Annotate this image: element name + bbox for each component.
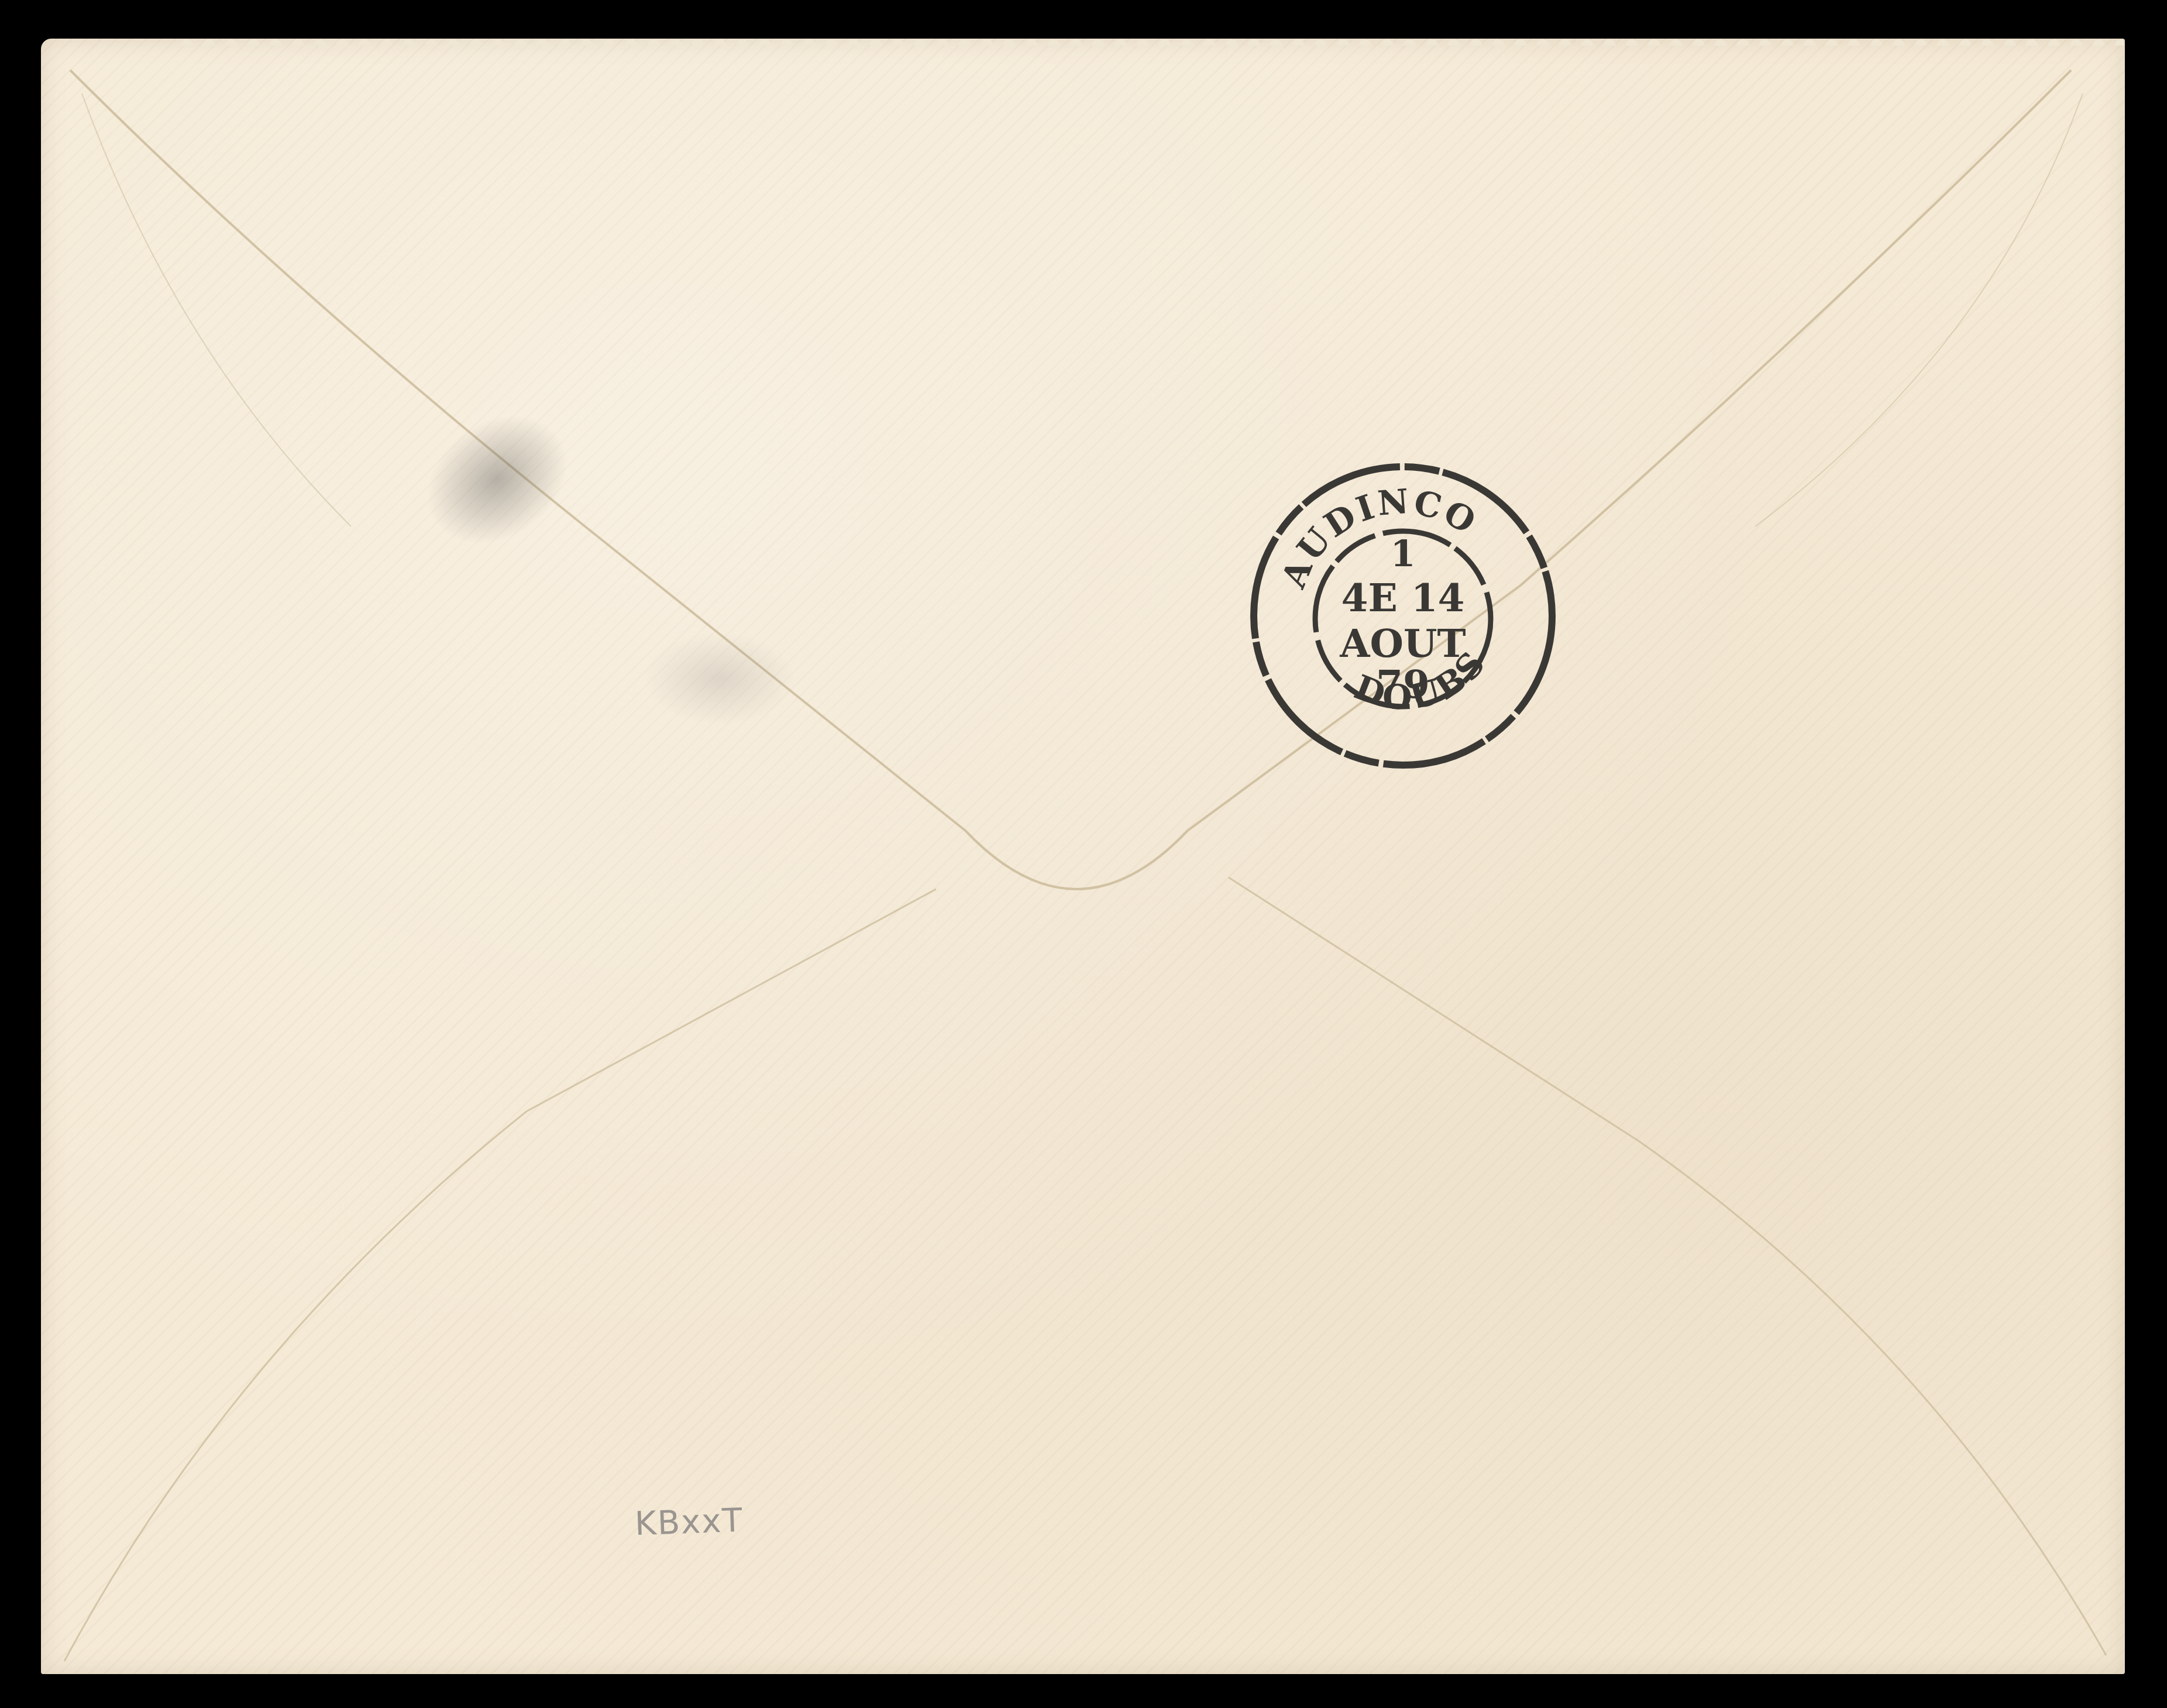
envelope-flap-folds	[0, 0, 2167, 1708]
postmark-collection: 1	[1390, 532, 1415, 575]
postmark: AUDINCO DOUBS 1 4E 14 AOUT 79	[1245, 458, 1561, 774]
postmark-year: 79	[1376, 662, 1430, 707]
photo-scene: AUDINCO DOUBS 1 4E 14 AOUT 79 KBxxT	[0, 0, 2167, 1708]
postmark-time-day: 4E 14	[1341, 575, 1464, 621]
postmark-month: AOUT	[1339, 621, 1466, 666]
pencil-notation: KBxxT	[634, 1502, 744, 1543]
faint-smudge	[644, 632, 796, 725]
